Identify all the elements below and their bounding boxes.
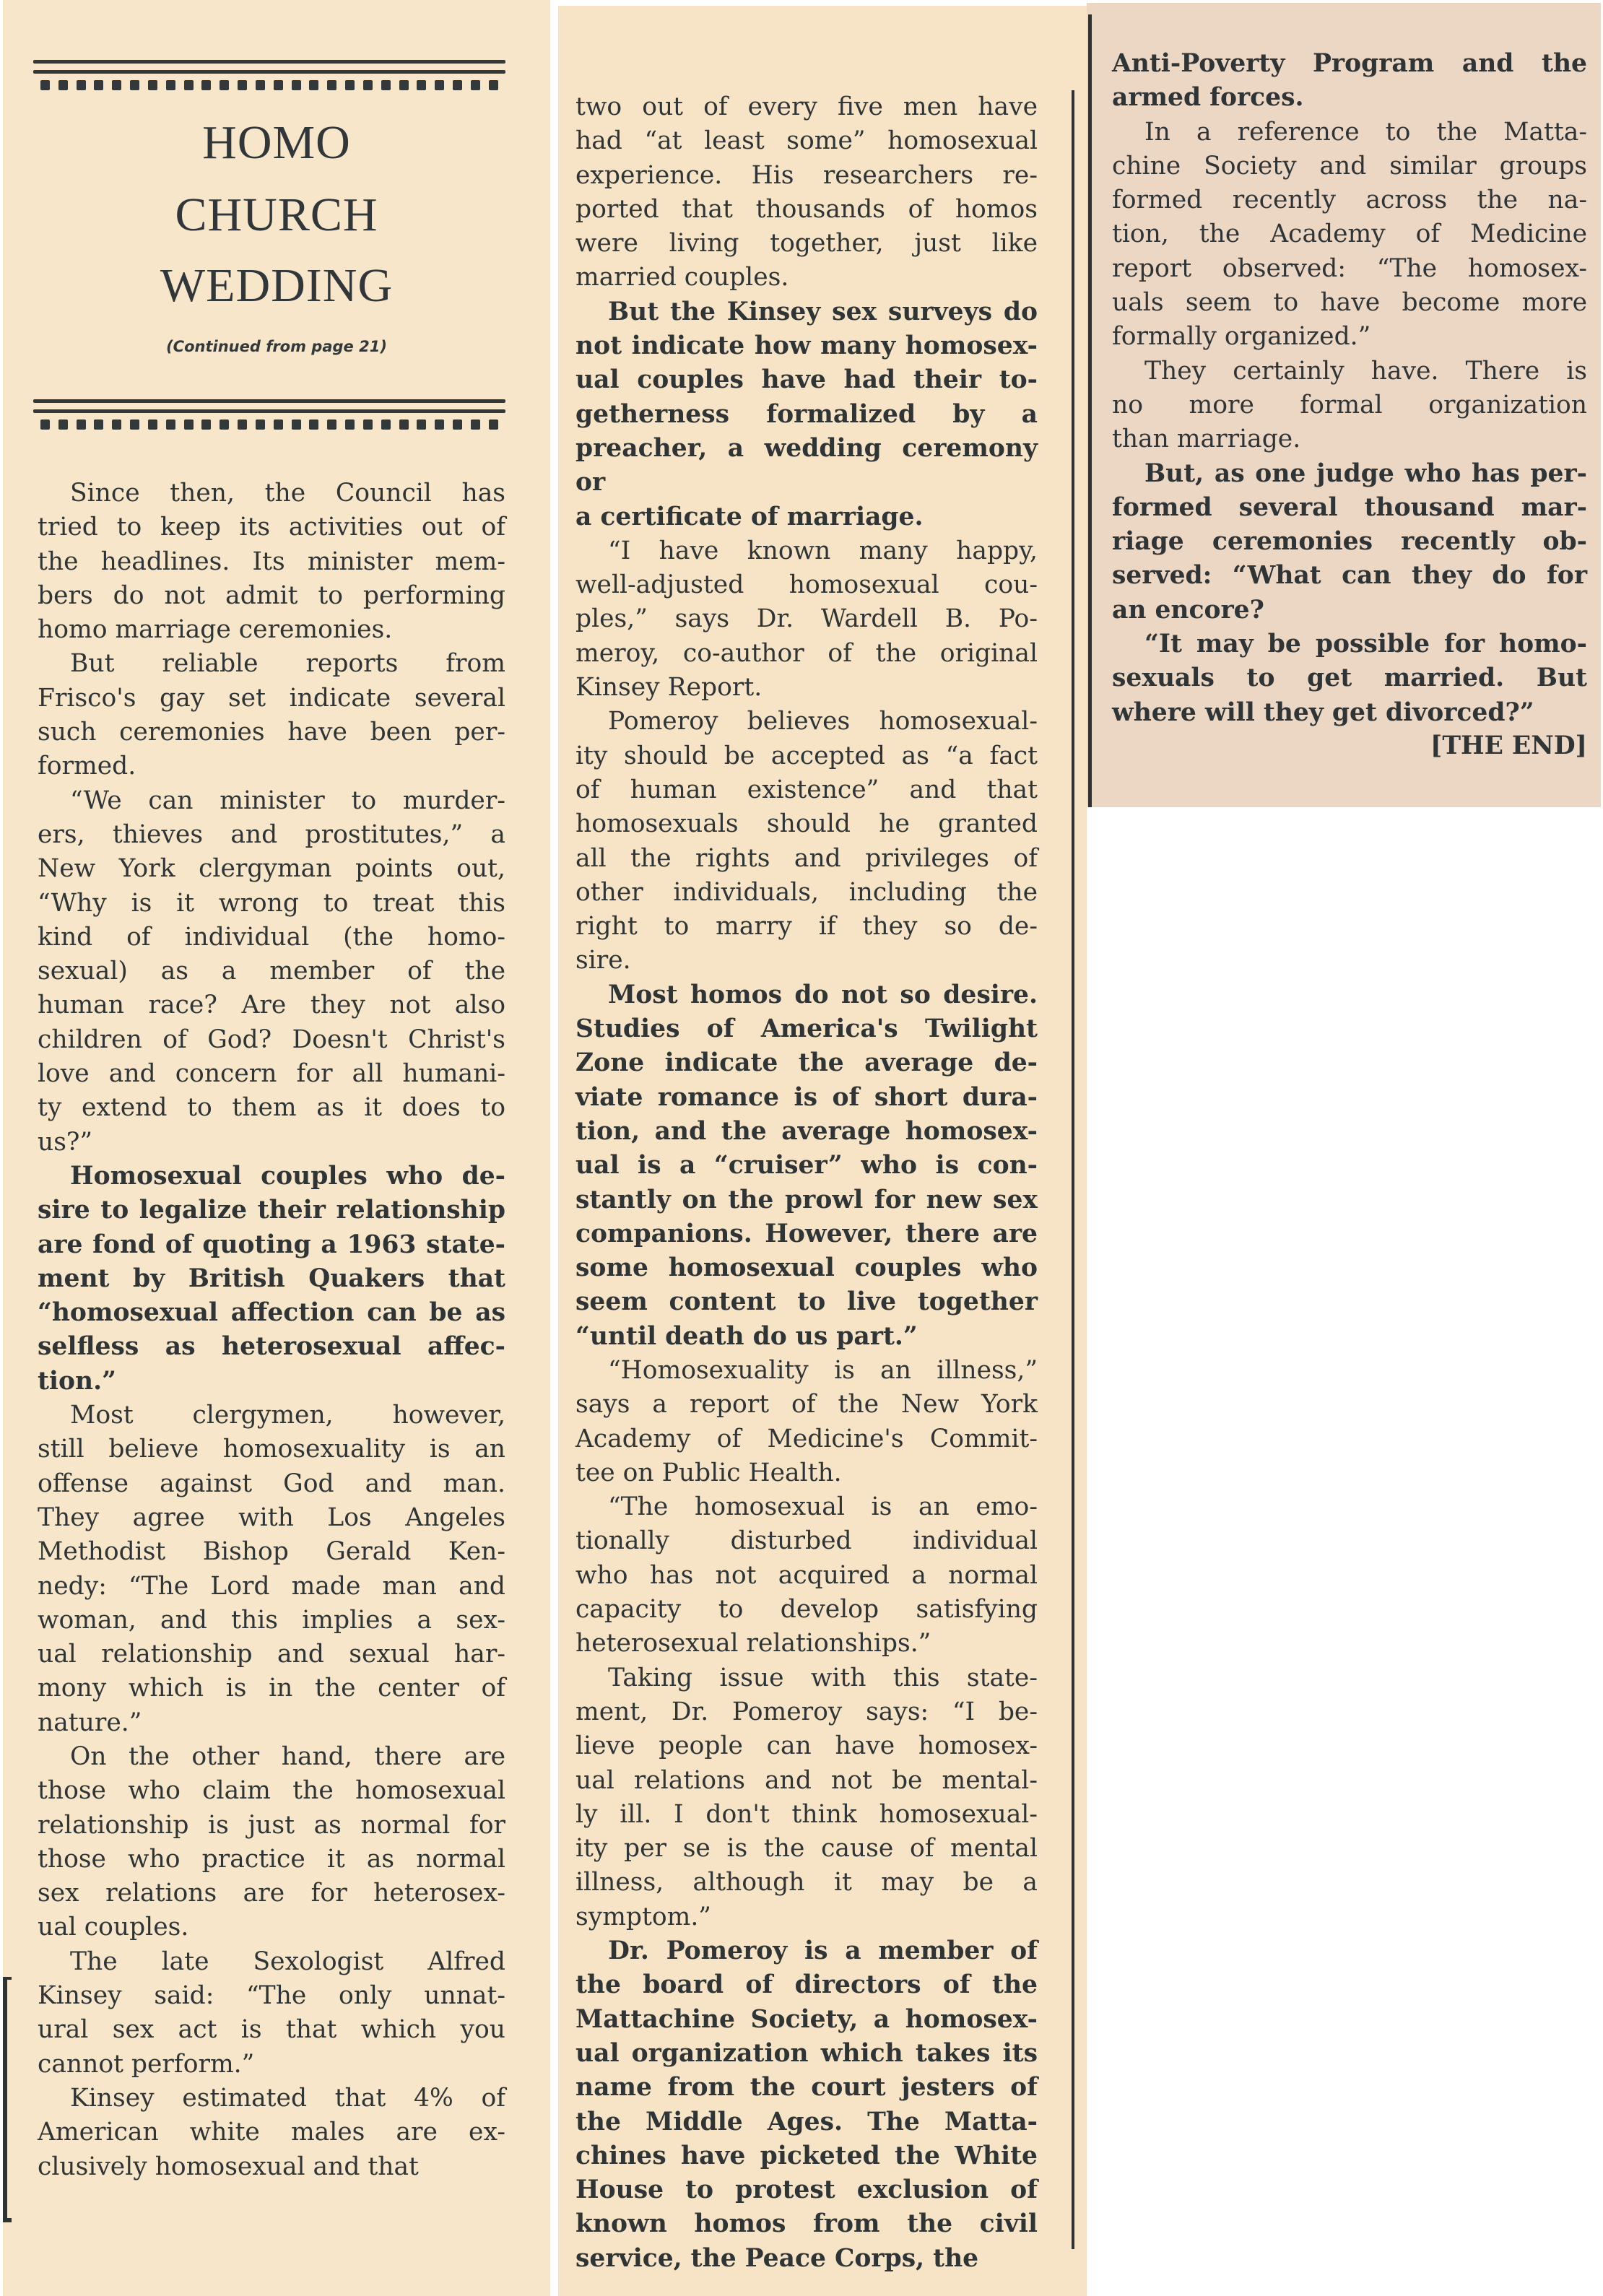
ornament-dot xyxy=(489,419,498,430)
bracket-mark xyxy=(3,1977,7,2222)
text-line: two out of every five men have xyxy=(575,90,1038,124)
text-line: ual couples. xyxy=(38,1910,505,1944)
ornament-dot xyxy=(112,419,121,430)
ornament-rule xyxy=(33,60,505,64)
text-line: Most homos do not so desire. xyxy=(575,978,1038,1012)
text-line: children of God? Doesn't Christ's xyxy=(38,1023,505,1057)
text-line: But reliable reports from xyxy=(38,647,505,681)
ornament-dot xyxy=(309,419,318,430)
text-line: the Middle Ages. The Matta- xyxy=(575,2105,1038,2139)
text-line: still believe homosexuality is an xyxy=(38,1432,505,1466)
ornament-dot xyxy=(40,80,50,90)
text-line: symptom.” xyxy=(575,1900,1038,1934)
text-line: preacher, a wedding ceremony or xyxy=(575,432,1038,500)
ornament-dot xyxy=(345,419,355,430)
article-column-left: Since then, the Council hastried to keep… xyxy=(38,477,505,2184)
text-line: Zone indicate the average de- xyxy=(575,1046,1038,1080)
text-line: sire. xyxy=(575,944,1038,978)
ornament-dot xyxy=(363,80,373,90)
ornament-dot-row xyxy=(33,80,505,90)
article-paragraph: They certainly have. There isno more for… xyxy=(1112,355,1587,457)
ornament-dot xyxy=(292,80,301,90)
text-line: chine Society and similar groups xyxy=(1112,149,1587,183)
ornament-dot xyxy=(58,80,68,90)
column-rule xyxy=(1088,14,1092,807)
text-line: tion, the Academy of Medicine xyxy=(1112,217,1587,251)
text-line: homo marriage ceremonies. xyxy=(38,613,505,647)
text-line: uals seem to have become more xyxy=(1112,286,1587,320)
ornament-dot xyxy=(327,419,336,430)
text-line: human race? Are they not also xyxy=(38,988,505,1022)
text-line: the headlines. Its minister mem- xyxy=(38,545,505,579)
ornament-dot xyxy=(201,419,211,430)
text-line: Academy of Medicine's Commit- xyxy=(575,1422,1038,1456)
ornament-dot xyxy=(94,419,103,430)
text-line: name from the court jesters of xyxy=(575,2071,1038,2105)
text-line: kind of individual (the homo- xyxy=(38,921,505,955)
text-line: Studies of America's Twilight xyxy=(575,1012,1038,1046)
text-line: experience. His researchers re- xyxy=(575,159,1038,193)
ornament-dot xyxy=(184,80,194,90)
article-paragraph: “I have known many happy,well-adjusted h… xyxy=(575,534,1038,705)
text-line: Most clergymen, however, xyxy=(38,1399,505,1432)
text-line: of human existence” and that xyxy=(575,773,1038,807)
text-line: heterosexual relationships.” xyxy=(575,1627,1038,1661)
ornament-dot xyxy=(453,419,462,430)
text-line: formed several thousand mar- xyxy=(1112,491,1587,525)
text-line: viate romance is of short dura- xyxy=(575,1081,1038,1115)
text-line: well-adjusted homosexual cou- xyxy=(575,568,1038,602)
text-line: tried to keep its activities out of xyxy=(38,510,505,544)
article-paragraph: Since then, the Council hastried to keep… xyxy=(38,477,505,647)
text-line: sexual) as a member of the xyxy=(38,955,505,988)
text-line: tionally disturbed individual xyxy=(575,1524,1038,1558)
ornament-dot xyxy=(274,80,283,90)
text-line: known homos from the civil xyxy=(575,2207,1038,2241)
ornament-dot xyxy=(238,419,247,430)
ornament-dot xyxy=(166,419,175,430)
text-line: illness, although it may be a xyxy=(575,1866,1038,1900)
article-paragraph: But, as one judge who has per-formed sev… xyxy=(1112,457,1587,627)
ornament-dot xyxy=(381,80,391,90)
text-line: House to protest exclusion of xyxy=(575,2173,1038,2207)
text-line: lieve people can have homosex- xyxy=(575,1729,1038,1763)
text-line: right to marry if they so de- xyxy=(575,910,1038,944)
text-line: mony which is in the center of xyxy=(38,1671,505,1705)
text-line: armed forces. xyxy=(1112,81,1587,115)
text-line: ual couples have had their to- xyxy=(575,363,1038,397)
text-line: some homosexual couples who xyxy=(575,1251,1038,1285)
text-line: “homosexual affection can be as xyxy=(38,1296,505,1330)
text-line: other individuals, including the xyxy=(575,876,1038,910)
text-line: are fond of quoting a 1963 state- xyxy=(38,1228,505,1262)
text-line: love and concern for all humani- xyxy=(38,1057,505,1091)
text-line: ported that thousands of homos xyxy=(575,193,1038,227)
text-line: served: “What can they do for xyxy=(1112,559,1587,593)
text-line: relationship is just as normal for xyxy=(38,1809,505,1843)
text-line: all the rights and privileges of xyxy=(575,842,1038,876)
text-line: selfless as heterosexual affec- xyxy=(38,1330,505,1364)
text-line: Dr. Pomeroy is a member of xyxy=(575,1934,1038,1968)
headline-line-3: WEDDING xyxy=(3,250,550,322)
bracket-mark-bottom xyxy=(3,2218,12,2222)
article-paragraph: “Homosexuality is an illness,”says a rep… xyxy=(575,1354,1038,1490)
text-line: Kinsey said: “The only unnat- xyxy=(38,1979,505,2013)
text-line: not indicate how many homosex- xyxy=(575,329,1038,363)
ornament-dot xyxy=(453,80,462,90)
ornament-dot xyxy=(220,419,229,430)
text-line: cannot perform.” xyxy=(38,2048,505,2082)
article-paragraph: But the Kinsey sex surveys donot indicat… xyxy=(575,295,1038,534)
ornament-dot xyxy=(471,419,480,430)
text-line: ual relationship and sexual har- xyxy=(38,1638,505,1671)
article-paragraph: two out of every five men havehad “at le… xyxy=(575,90,1038,295)
text-line: “We can minister to murder- xyxy=(38,784,505,818)
text-line: nedy: “The Lord made man and xyxy=(38,1570,505,1604)
text-line: ual is a “cruiser” who is con- xyxy=(575,1149,1038,1183)
text-line: “I have known many happy, xyxy=(575,534,1038,568)
ornament-dot xyxy=(256,80,265,90)
text-line: But, as one judge who has per- xyxy=(1112,457,1587,491)
end-mark: [THE END] xyxy=(1112,729,1587,763)
text-line: an encore? xyxy=(1112,593,1587,627)
ornament-dot xyxy=(40,419,50,430)
ornament-dot xyxy=(130,80,139,90)
continued-note: (Continued from page 21) xyxy=(3,338,550,355)
article-column-middle: two out of every five men havehad “at le… xyxy=(575,90,1038,2276)
text-line: woman, and this implies a sex- xyxy=(38,1604,505,1638)
ornament-dot xyxy=(77,80,86,90)
article-paragraph: The late Sexologist AlfredKinsey said: “… xyxy=(38,1945,505,2082)
text-line: They agree with Los Angeles xyxy=(38,1501,505,1535)
article-paragraph: Kinsey estimated that 4% ofAmerican whit… xyxy=(38,2082,505,2184)
ornament-rule xyxy=(33,409,505,413)
text-line: On the other hand, there are xyxy=(38,1740,505,1774)
text-line: Pomeroy believes homosexual- xyxy=(575,705,1038,739)
text-line: seem content to live together xyxy=(575,1285,1038,1319)
text-line: ment, Dr. Pomeroy says: “I be- xyxy=(575,1695,1038,1729)
text-line: Kinsey estimated that 4% of xyxy=(38,2082,505,2115)
ornament-dot xyxy=(471,80,480,90)
text-line: bers do not admit to performing xyxy=(38,579,505,613)
ornament-dot xyxy=(292,419,301,430)
article-paragraph: Homosexual couples who de-sire to legali… xyxy=(38,1160,505,1399)
ornament-dot xyxy=(238,80,247,90)
text-line: such ceremonies have been per- xyxy=(38,716,505,749)
text-line: Kinsey Report. xyxy=(575,671,1038,705)
ornament-dot xyxy=(184,419,194,430)
text-line: service, the Peace Corps, the xyxy=(575,2242,1038,2276)
article-paragraph: Anti-Poverty Program and thearmed forces… xyxy=(1112,47,1587,116)
ornament-dot xyxy=(274,419,283,430)
article-paragraph: Dr. Pomeroy is a member ofthe board of d… xyxy=(575,1934,1038,2276)
text-line: had “at least some” homosexual xyxy=(575,124,1038,158)
ornament-dot xyxy=(77,419,86,430)
ornament-dot xyxy=(166,80,175,90)
text-line: ual relations and not be mental- xyxy=(575,1764,1038,1798)
ornament-dot xyxy=(256,419,265,430)
article-paragraph: Taking issue with this state-ment, Dr. P… xyxy=(575,1661,1038,1934)
header-ornament-top xyxy=(33,60,505,90)
text-line: us?” xyxy=(38,1126,505,1160)
text-line: stantly on the prowl for new sex xyxy=(575,1183,1038,1217)
ornament-dot xyxy=(130,419,139,430)
text-line: “It may be possible for homo- xyxy=(1112,627,1587,661)
text-line: ment by British Quakers that xyxy=(38,1262,505,1296)
text-line: “The homosexual is an emo- xyxy=(575,1490,1038,1524)
text-line: ity per se is the cause of mental xyxy=(575,1832,1038,1866)
text-line: ples,” says Dr. Wardell B. Po- xyxy=(575,602,1038,636)
text-line: Homosexual couples who de- xyxy=(38,1160,505,1193)
text-line: those who practice it as normal xyxy=(38,1843,505,1877)
text-line: Taking issue with this state- xyxy=(575,1661,1038,1695)
text-line: The late Sexologist Alfred xyxy=(38,1945,505,1979)
ornament-dot xyxy=(148,419,157,430)
end-mark-wrap: [THE END] xyxy=(1112,729,1587,763)
text-line: riage ceremonies recently ob- xyxy=(1112,525,1587,559)
article-paragraph: Most clergymen, however,still believe ho… xyxy=(38,1399,505,1740)
text-line: tion.” xyxy=(38,1365,505,1399)
text-line: “Why is it wrong to treat this xyxy=(38,887,505,921)
ornament-dot xyxy=(220,80,229,90)
text-line: nature.” xyxy=(38,1706,505,1740)
ornament-rule xyxy=(33,399,505,403)
text-line: But the Kinsey sex surveys do xyxy=(575,295,1038,329)
text-line: ly ill. I don't think homosexual- xyxy=(575,1798,1038,1832)
text-line: ual organization which takes its xyxy=(575,2037,1038,2071)
ornament-dot xyxy=(363,419,373,430)
article-paragraph: In a reference to the Matta-chine Societ… xyxy=(1112,116,1587,355)
ornament-dot xyxy=(417,80,426,90)
text-line: Frisco's gay set indicate several xyxy=(38,682,505,716)
header-ornament-bottom xyxy=(33,399,505,430)
text-line: those who claim the homosexual xyxy=(38,1774,505,1808)
text-line: American white males are ex- xyxy=(38,2115,505,2149)
text-line: formed. xyxy=(38,749,505,783)
headline-line-1: HOMO xyxy=(3,107,550,179)
ornament-dot xyxy=(58,419,68,430)
ornament-dot xyxy=(399,80,409,90)
text-line: who has not acquired a normal xyxy=(575,1559,1038,1593)
text-line: says a report of the New York xyxy=(575,1388,1038,1422)
ornament-dot xyxy=(345,80,355,90)
text-line: married couples. xyxy=(575,261,1038,295)
text-line: chines have picketed the White xyxy=(575,2139,1038,2173)
text-line: They certainly have. There is xyxy=(1112,355,1587,388)
article-paragraph: Most homos do not so desire.Studies of A… xyxy=(575,978,1038,1354)
ornament-dot xyxy=(148,80,157,90)
ornament-rule xyxy=(33,70,505,74)
article-column-right: Anti-Poverty Program and thearmed forces… xyxy=(1112,47,1587,730)
text-line: In a reference to the Matta- xyxy=(1112,116,1587,149)
text-line: the board of directors of the xyxy=(575,1968,1038,2002)
headline-line-2: CHURCH xyxy=(3,179,550,251)
text-line: than marriage. xyxy=(1112,422,1587,456)
article-paragraph: “It may be possible for homo-sexuals to … xyxy=(1112,627,1587,730)
article-paragraph: Pomeroy believes homosexual-ity should b… xyxy=(575,705,1038,978)
text-line: getherness formalized by a xyxy=(575,398,1038,432)
text-line: Mattachine Society, a homosex- xyxy=(575,2003,1038,2037)
text-line: tion, and the average homosex- xyxy=(575,1115,1038,1149)
ornament-dot xyxy=(381,419,391,430)
ornament-dot xyxy=(435,80,444,90)
ornament-dot xyxy=(201,80,211,90)
ornament-dot xyxy=(112,80,121,90)
text-line: offense against God and man. xyxy=(38,1467,505,1501)
text-line: Methodist Bishop Gerald Ken- xyxy=(38,1535,505,1569)
ornament-dot xyxy=(417,419,426,430)
text-line: companions. However, there are xyxy=(575,1217,1038,1251)
text-line: homosexuals should he granted xyxy=(575,807,1038,841)
ornament-dot xyxy=(489,80,498,90)
ornament-dot-row xyxy=(33,419,505,430)
text-line: sire to legalize their relationship xyxy=(38,1193,505,1227)
text-line: tee on Public Health. xyxy=(575,1456,1038,1490)
article-paragraph: But reliable reports fromFrisco's gay se… xyxy=(38,647,505,783)
text-line: Anti-Poverty Program and the xyxy=(1112,47,1587,81)
text-line: ty extend to them as it does to xyxy=(38,1091,505,1125)
text-line: where will they get divorced?” xyxy=(1112,696,1587,730)
article-paragraph: “We can minister to murder-ers, thieves … xyxy=(38,784,505,1160)
text-line: sex relations are for heterosex- xyxy=(38,1877,505,1910)
text-line: ural sex act is that which you xyxy=(38,2013,505,2047)
ornament-dot xyxy=(399,419,409,430)
text-line: ers, thieves and prostitutes,” a xyxy=(38,818,505,852)
text-line: clusively homosexual and that xyxy=(38,2150,505,2184)
text-line: sexuals to get married. But xyxy=(1112,661,1587,695)
text-line: “Homosexuality is an illness,” xyxy=(575,1354,1038,1388)
article-paragraph: “The homosexual is an emo-tionally distu… xyxy=(575,1490,1038,1661)
ornament-dot xyxy=(327,80,336,90)
text-line: “until death do us part.” xyxy=(575,1320,1038,1354)
bracket-mark-top xyxy=(3,1977,12,1980)
text-line: meroy, co-author of the original xyxy=(575,637,1038,671)
ornament-dot xyxy=(94,80,103,90)
article-paragraph: On the other hand, there arethose who cl… xyxy=(38,1740,505,1945)
text-line: formally organized.” xyxy=(1112,320,1587,354)
text-line: a certificate of marriage. xyxy=(575,500,1038,534)
text-line: no more formal organization xyxy=(1112,388,1587,422)
text-line: report observed: “The homosex- xyxy=(1112,252,1587,286)
text-line: Since then, the Council has xyxy=(38,477,505,510)
text-line: were living together, just like xyxy=(575,227,1038,261)
ornament-dot xyxy=(435,419,444,430)
text-line: ity should be accepted as “a fact xyxy=(575,739,1038,773)
text-line: formed recently across the na- xyxy=(1112,183,1587,217)
text-line: New York clergyman points out, xyxy=(38,852,505,886)
text-line: capacity to develop satisfying xyxy=(575,1593,1038,1627)
column-rule xyxy=(1072,90,1074,2249)
ornament-dot xyxy=(309,80,318,90)
